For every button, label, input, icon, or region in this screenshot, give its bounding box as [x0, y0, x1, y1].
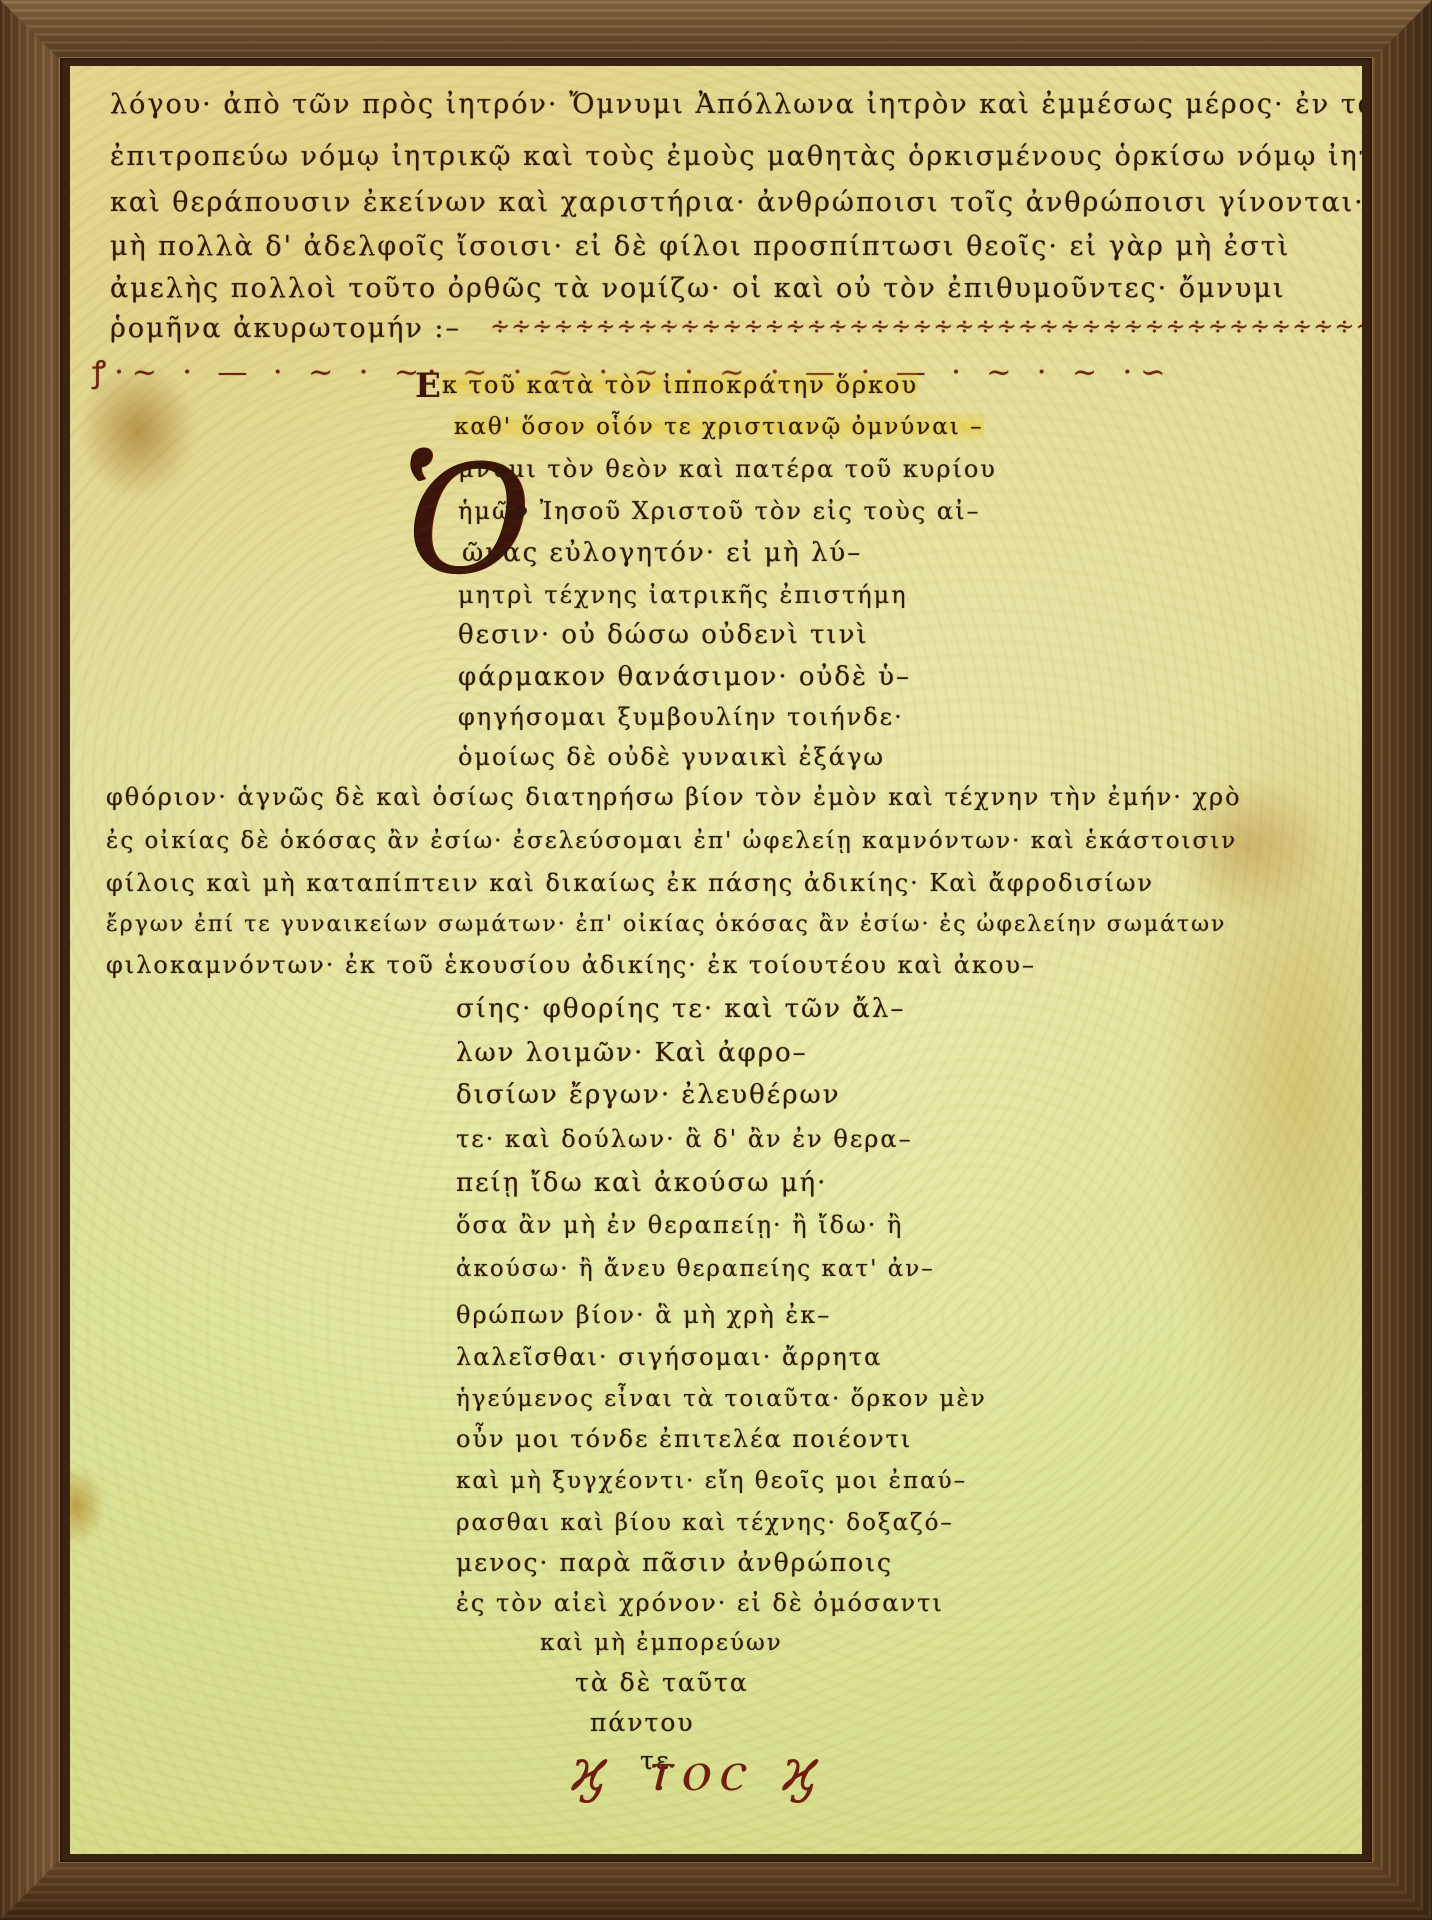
text-line: τὰ δὲ ταῦτα — [575, 1666, 749, 1700]
manuscript-page: λόγου· ἀπὸ τῶν πρὸς ἰητρόν· Ὄμνυμι Ἀπόλλ… — [70, 66, 1362, 1854]
text-line: ἔργων ἐπί τε γυναικείων σωμάτων· ἐπ' οἰκ… — [106, 908, 1226, 942]
text-line: ἐς οἰκίας δὲ ὁκόσας ἂν ἐσίω· ἐσελεύσομαι… — [106, 824, 1237, 858]
text-line: φθόριον· ἁγνῶς δὲ καὶ ὁσίως διατηρήσω βί… — [106, 780, 1242, 814]
text-line: πάντου — [590, 1706, 695, 1740]
text-line: φάρμακον θανάσιμον· οὐδὲ ὑ– — [458, 660, 911, 694]
text-line: δισίων ἔργων· ἐλευθέρων — [456, 1078, 841, 1112]
text-line: μητρὶ τέχνης ἰατρικῆς ἐπιστήμη — [458, 578, 908, 612]
closing-ornament: ϗ ⲧⲟⲥ ϗ — [570, 1736, 827, 1805]
text-line: ῶνας εὐλογητόν· εἰ μὴ λύ– — [462, 536, 862, 570]
heading-initial: Ε — [415, 366, 441, 406]
text-line: ἀκούσω· ἢ ἄνευ θεραπείης κατ' ἀν– — [456, 1252, 935, 1286]
frame-top-rail — [0, 0, 1432, 62]
text-line: φηγήσομαι ξυμβουλίην τοιήνδε· — [458, 700, 904, 734]
frame-bottom-rail — [0, 1858, 1432, 1920]
text-line: μενος· παρὰ πᾶσιν ἀνθρώποις — [456, 1546, 893, 1580]
text-line: ἐς τὸν αἰεὶ χρόνον· εἰ δὲ ὀμόσαντι — [456, 1586, 944, 1620]
text-line: πείῃ ἴδω καὶ ἀκούσω μή· — [456, 1166, 827, 1200]
text-line: τε· καὶ δούλων· ἃ δ' ἂν ἐν θερα– — [456, 1122, 913, 1156]
text-line: θρώπων βίον· ἃ μὴ χρὴ ἐκ– — [456, 1298, 831, 1332]
decorated-initial-omicron: Ὁ — [402, 446, 462, 606]
text-line: ὅσα ἂν μὴ ἐν θεραπείῃ· ἢ ἴδω· ἢ — [456, 1208, 903, 1242]
text-line: ἀμελὴς πολλοὶ τοῦτο ὀρθῶς τὰ νομίζω· οἱ … — [110, 272, 1310, 306]
text-line: θεσιν· οὐ δώσω οὐδενὶ τινὶ — [458, 618, 869, 652]
text-line: φίλοις καὶ μὴ καταπίπτειν καὶ δικαίως ἐκ… — [106, 866, 1154, 900]
text-line: μὴ πολλὰ δ' ἀδελφοῖς ἴσοισι· εἰ δὲ φίλοι… — [110, 230, 1310, 264]
text-line: μνυμι τὸν θεὸν καὶ πατέρα τοῦ κυρίου — [458, 452, 997, 486]
text-line: λαλεῖσθαι· σιγήσομαι· ἄρρητα — [456, 1340, 882, 1374]
text-line: σίης· φθορίης τε· καὶ τῶν ἄλ– — [456, 992, 905, 1026]
text-line: ὁμοίως δὲ οὐδὲ γυναικὶ ἐξάγω — [458, 740, 885, 774]
text-line: οὖν μοι τόνδε ἐπιτελέα ποιέοντι — [456, 1422, 912, 1456]
text-line: ἐπιτροπεύω νόμῳ ἰητρικῷ καὶ τοὺς ἐμοὺς μ… — [110, 140, 1310, 174]
text-line: ἡμῶν Ἰησοῦ Χριστοῦ τὸν εἰς τοὺς αἰ– — [458, 494, 981, 528]
picture-frame: λόγου· ἀπὸ τῶν πρὸς ἰητρόν· Ὄμνυμι Ἀπόλλ… — [0, 0, 1432, 1920]
frame-right-rail — [1370, 0, 1432, 1920]
ornament-band: ∻∻∻∻∻∻∻∻∻∻∻∻∻∻∻∻∻∻∻∻∻∻∻∻∻∻∻∻∻∻∻∻∻∻∻∻∻∻∻∻… — [490, 312, 1362, 340]
text-line: καθ' ὅσον οἷόν τε χριστιανῷ ὀμνύναι – — [454, 410, 984, 444]
frame-left-rail — [0, 0, 62, 1920]
text-line: λων λοιμῶν· Καὶ ἀφρο– — [456, 1036, 808, 1070]
text-line: καὶ μὴ ξυγχέοντι· εἴη θεοῖς μοι ἐπαύ– — [456, 1464, 967, 1498]
text-line: καὶ θεράπουσιν ἐκείνων καὶ χαριστήρια· ἀ… — [110, 186, 1310, 220]
text-line: ἡγεύμενος εἶναι τὰ τοιαῦτα· ὅρκον μὲν — [456, 1382, 987, 1416]
text-line: λόγου· ἀπὸ τῶν πρὸς ἰητρόν· Ὄμνυμι Ἀπόλλ… — [110, 88, 1310, 122]
oath-heading: κ τοῦ κατὰ τὸν ἱπποκράτην ὅρκου — [442, 368, 918, 402]
text-line: φιλοκαμνόντων· ἐκ τοῦ ἑκουσίου ἀδικίης· … — [106, 948, 1036, 982]
text-line: καὶ μὴ ἐμπορεύων — [540, 1626, 783, 1660]
text-line: ρασθαι καὶ βίου καὶ τέχνης· δοξαζό– — [456, 1506, 954, 1540]
